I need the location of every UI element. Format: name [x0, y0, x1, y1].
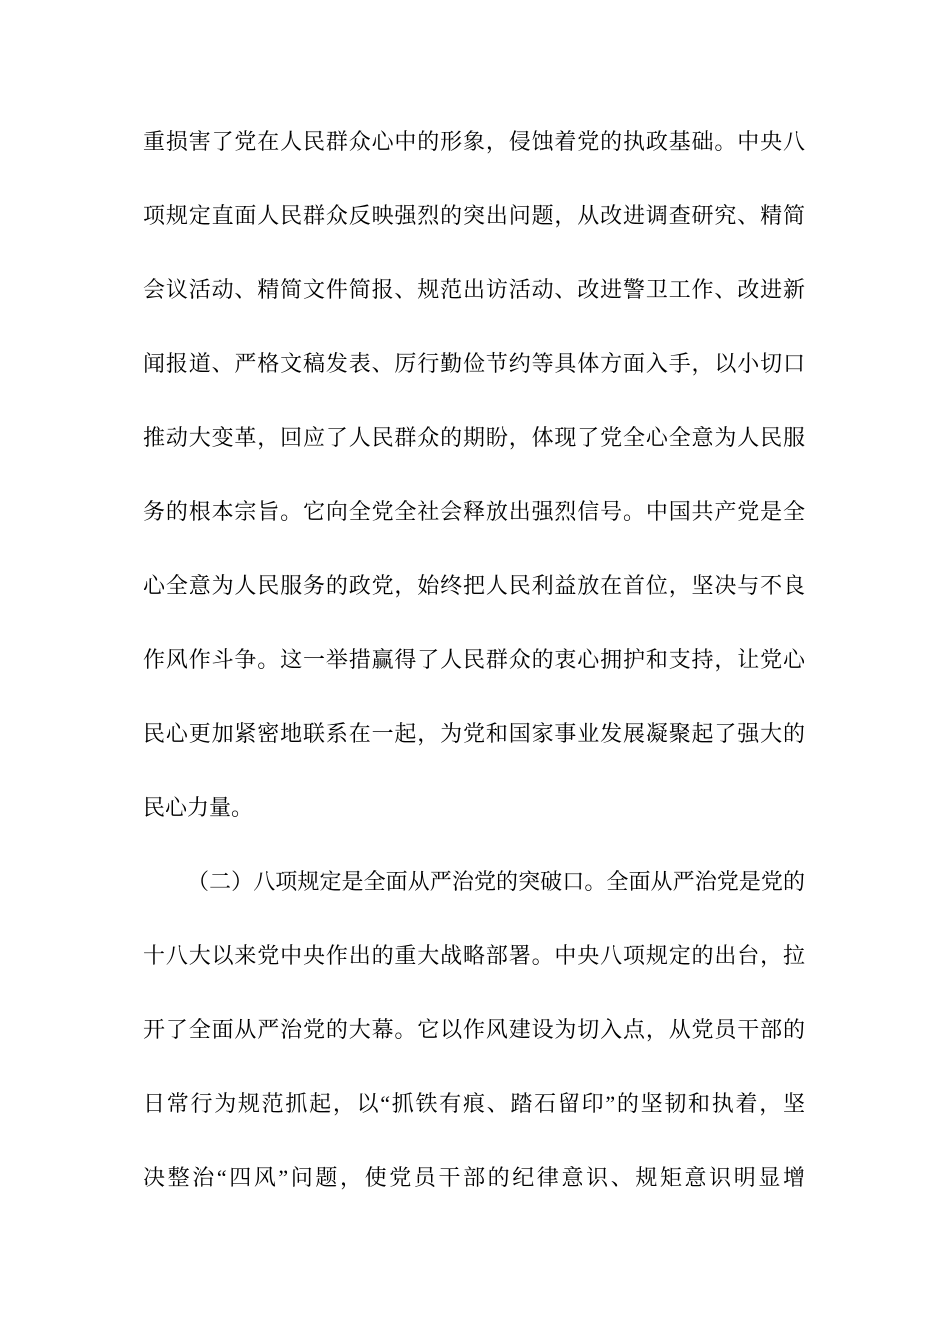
text-line: 闻报道、严格文稿发表、厉行勤俭节约等具体方面入手，以小切口 — [143, 327, 805, 401]
text-line: 务的根本宗旨。它向全党全社会释放出强烈信号。中国共产党是全 — [143, 475, 805, 549]
text-line: 心全意为人民服务的政党，始终把人民利益放在首位，坚决与不良 — [143, 549, 805, 623]
text-line: 项规定直面人民群众反映强烈的突出问题，从改进调查研究、精简 — [143, 179, 805, 253]
paragraph: （二）八项规定是全面从严治党的突破口。全面从严治党是党的十八大以来党中央作出的重… — [143, 845, 805, 1215]
text-line: 日常行为规范抓起，以“抓铁有痕、踏石留印”的坚韧和执着，坚 — [143, 1067, 805, 1141]
text-line: 民心力量。 — [143, 771, 805, 845]
document-text: 重损害了党在人民群众心中的形象，侵蚀着党的执政基础。中央八项规定直面人民群众反映… — [143, 105, 805, 1215]
text-line: 民心更加紧密地联系在一起，为党和国家事业发展凝聚起了强大的 — [143, 697, 805, 771]
paragraph: 重损害了党在人民群众心中的形象，侵蚀着党的执政基础。中央八项规定直面人民群众反映… — [143, 105, 805, 845]
text-line: 推动大变革，回应了人民群众的期盼，体现了党全心全意为人民服 — [143, 401, 805, 475]
text-line: 重损害了党在人民群众心中的形象，侵蚀着党的执政基础。中央八 — [143, 105, 805, 179]
text-line: 开了全面从严治党的大幕。它以作风建设为切入点，从党员干部的 — [143, 993, 805, 1067]
text-line: （二）八项规定是全面从严治党的突破口。全面从严治党是党的 — [143, 845, 805, 919]
text-line: 十八大以来党中央作出的重大战略部署。中央八项规定的出台，拉 — [143, 919, 805, 993]
document-page: 重损害了党在人民群众心中的形象，侵蚀着党的执政基础。中央八项规定直面人民群众反映… — [0, 0, 950, 1344]
text-line: 会议活动、精简文件简报、规范出访活动、改进警卫工作、改进新 — [143, 253, 805, 327]
text-line: 决整治“四风”问题，使党员干部的纪律意识、规矩意识明显增 — [143, 1141, 805, 1215]
text-line: 作风作斗争。这一举措赢得了人民群众的衷心拥护和支持，让党心 — [143, 623, 805, 697]
